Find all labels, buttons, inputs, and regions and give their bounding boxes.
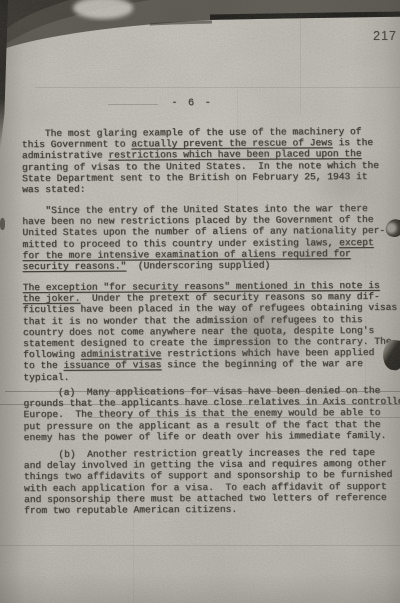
underlined-text: security reasons." bbox=[23, 260, 127, 272]
document-text: The most glaring example of the use of t… bbox=[0, 0, 400, 603]
paragraph-intro: The most glaring example of the use of t… bbox=[22, 126, 379, 195]
text-segment: (Underscoring supplied) bbox=[126, 260, 270, 272]
paragraph-item-a: (a) Many applications for visas have bee… bbox=[23, 385, 400, 443]
text-line: enemy has the power of life or death ove… bbox=[24, 430, 400, 444]
text-segment: enemy has the power of life or death ove… bbox=[24, 430, 387, 443]
text-segment: following bbox=[23, 349, 81, 360]
text-line: from two reputable American citizens. bbox=[24, 503, 393, 516]
paragraph-exception: The exception "for security reasons" men… bbox=[23, 280, 398, 383]
stamp-page-number: 217 bbox=[373, 29, 397, 43]
text-line: State Department sent to the British on … bbox=[22, 171, 379, 184]
text-segment: is the bbox=[333, 137, 373, 148]
edge-mark bbox=[0, 218, 5, 230]
paragraph-quote: "Since the entry of the United States in… bbox=[22, 203, 385, 272]
text-segment: since the beginning of the war are bbox=[161, 358, 363, 370]
underlined-text: administrative bbox=[81, 348, 162, 359]
text-segment: typical. bbox=[23, 371, 69, 382]
paragraph-item-b: (b) Another restriction greatly increase… bbox=[24, 447, 393, 516]
text-segment: and sponsorship there must be attached t… bbox=[24, 492, 387, 505]
text-segment: State Department sent to the British on … bbox=[22, 171, 367, 184]
text-segment: from two reputable American citizens. bbox=[24, 504, 237, 516]
text-line: security reasons." (Underscoring supplie… bbox=[23, 259, 386, 272]
text-segment: this Government to bbox=[22, 139, 131, 151]
text-segment: to the bbox=[23, 360, 63, 371]
text-line: was stated: bbox=[22, 182, 379, 195]
text-line: typical. bbox=[23, 369, 397, 382]
scanned-document-page: 217 - 6 - The most glaring example of th… bbox=[0, 0, 400, 603]
text-line: to the issuance of visas since the begin… bbox=[23, 358, 397, 371]
underlined-text: except bbox=[339, 237, 374, 248]
scanner-edge-artifact bbox=[0, 0, 400, 64]
text-segment: was stated: bbox=[22, 184, 85, 195]
underlined-text: the joker. bbox=[23, 293, 81, 304]
text-segment: administrative bbox=[22, 150, 108, 162]
underlined-text: issuance of visas bbox=[64, 360, 162, 372]
underlined-text: for the more intensive examination of al… bbox=[23, 248, 351, 261]
